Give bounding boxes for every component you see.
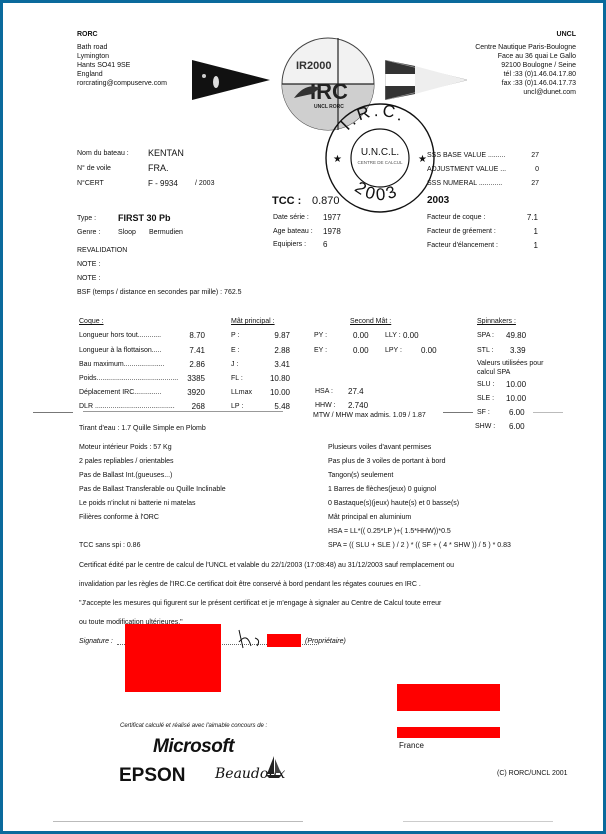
spa-note-1: Valeurs utilisées pour bbox=[477, 360, 543, 367]
mast-row-label: LLmax bbox=[231, 389, 252, 396]
rorc-email: rorcrating@compuserve.com bbox=[77, 79, 167, 88]
coque-row-value: 8.70 bbox=[189, 331, 205, 340]
stl-value: 3.39 bbox=[510, 346, 526, 355]
lpy-label: LPY : bbox=[385, 347, 402, 354]
sailboat-icon bbox=[265, 755, 283, 779]
genre-style: Bermudien bbox=[149, 229, 183, 236]
genre-rig: Sloop bbox=[118, 229, 136, 236]
sss-numeral-label: SSS NUMERAL ............ bbox=[427, 180, 502, 187]
hhw-label: HHW : bbox=[315, 402, 336, 409]
mast-row-label: P : bbox=[231, 332, 239, 339]
sail-number-label: N° de voile bbox=[77, 165, 111, 172]
coque-row-label: Bau maximum..................... bbox=[79, 361, 165, 368]
certificate-page: RORC Bath road Lymington Hants SO41 9SE … bbox=[3, 3, 603, 831]
sponsors-intro: Certificat calculé et réalisé avec l'aim… bbox=[120, 723, 267, 729]
coque-row-value: 268 bbox=[192, 402, 205, 411]
mast-row-value: 10.00 bbox=[270, 388, 290, 397]
stl-label: STL : bbox=[477, 347, 493, 354]
ey-value: 0.00 bbox=[353, 346, 369, 355]
factor-elancement: 1 bbox=[534, 241, 538, 250]
uncl-email: uncl@dunet.com bbox=[475, 88, 576, 97]
age-label: Age bateau : bbox=[273, 228, 313, 235]
spa-note-2: calcul SPA bbox=[477, 369, 510, 376]
note-line: Plusieurs voiles d'avant permises bbox=[328, 444, 431, 451]
uncl-phone: tél :33 (0)1.46.04.17.80 bbox=[475, 70, 576, 79]
slu-value: 10.00 bbox=[506, 380, 526, 389]
uncl-title: UNCL bbox=[557, 31, 576, 38]
note-line: Moteur intérieur Poids : 57 Kg bbox=[79, 444, 172, 451]
hsa-formula: HSA = LL*(( 0.25*LP )+( 1.5*HHW))*0.5 bbox=[328, 528, 451, 535]
adjustment-label: ADJUSTMENT VALUE ... bbox=[427, 166, 506, 173]
microsoft-logo: Microsoft bbox=[153, 736, 234, 758]
coque-title: Coque : bbox=[79, 318, 104, 325]
boat-name: KENTAN bbox=[148, 148, 184, 158]
uncl-fax: fax :33 (0)1.46.04.17.73 bbox=[475, 79, 576, 88]
type-label: Type : bbox=[77, 215, 96, 222]
cert-text-2: invalidation par les règles de l'IRC.Ce … bbox=[79, 581, 421, 588]
factor-greement: 1 bbox=[534, 227, 538, 236]
rorc-pennant-icon bbox=[192, 60, 270, 100]
sail-number: FRA. bbox=[148, 163, 169, 173]
py-value: 0.00 bbox=[353, 331, 369, 340]
sle-label: SLE : bbox=[477, 395, 494, 402]
redacted-block bbox=[397, 727, 500, 738]
sss-base-label: SSS BASE VALUE ......... bbox=[427, 152, 505, 159]
uncl-address-line: 92100 Boulogne / Seine bbox=[475, 61, 576, 70]
lly-label: LLY : bbox=[385, 332, 401, 339]
cert-year: / 2003 bbox=[195, 180, 214, 187]
hhw-value: 2.740 bbox=[348, 401, 368, 410]
hsa-label: HSA : bbox=[315, 388, 333, 395]
separator-line bbox=[53, 821, 303, 822]
stamp-center-sub: CENTRE DE CALCUL bbox=[357, 160, 403, 165]
mast-row-label: J : bbox=[231, 361, 238, 368]
signature-scribble-icon bbox=[235, 628, 265, 650]
cert-text-1: Certificat édité par le centre de calcul… bbox=[79, 562, 454, 569]
spinnakers-title: Spinnakers : bbox=[477, 318, 516, 325]
date-serie-label: Date série : bbox=[273, 214, 309, 221]
uncl-pennant-icon bbox=[385, 60, 467, 100]
ey-label: EY : bbox=[314, 347, 327, 354]
svg-text:IRC: IRC bbox=[310, 79, 348, 104]
note-line: Filières conforme à l'ORC bbox=[79, 514, 159, 521]
revalidation: REVALIDATION bbox=[77, 247, 127, 254]
mast-row-value: 2.88 bbox=[274, 346, 290, 355]
mtw-mhw: MTW / MHW max admis. 1.09 / 1.87 bbox=[313, 412, 426, 419]
coque-row-label: Longueur à la flottaison..... bbox=[79, 347, 162, 354]
boat-type: FIRST 30 Pb bbox=[118, 213, 171, 223]
shw-label: SHW : bbox=[475, 423, 495, 430]
uncl-address-line: Centre Nautique Paris-Boulogne bbox=[475, 43, 576, 52]
uncl-address: Centre Nautique Paris-Boulogne Face au 3… bbox=[475, 43, 576, 97]
coque-row-value: 2.86 bbox=[189, 360, 205, 369]
factor-elancement-label: Facteur d'élancement : bbox=[427, 242, 498, 249]
note-line: 0 Bastaque(s)(jeux) haute(s) et 0 basse(… bbox=[328, 500, 459, 507]
tcc-sans-spi: TCC sans spi : 0.86 bbox=[79, 542, 140, 549]
separator-line bbox=[533, 412, 563, 413]
mast-row-label: E : bbox=[231, 347, 240, 354]
copyright: (C) RORC/UNCL 2001 bbox=[497, 770, 568, 777]
svg-text:IR2000: IR2000 bbox=[296, 60, 331, 72]
sf-value: 6.00 bbox=[509, 408, 525, 417]
adjustment-value: 0 bbox=[535, 166, 539, 173]
crew-value: 6 bbox=[323, 240, 327, 249]
sss-year: 2003 bbox=[427, 195, 449, 206]
sss-numeral-value: 27 bbox=[531, 180, 539, 187]
boat-name-label: Nom du bateau : bbox=[77, 150, 129, 157]
note-line: 1 Barres de flèches(jeux) 0 guignol bbox=[328, 486, 436, 493]
separator-line bbox=[403, 821, 553, 822]
cert-number-label: N°CERT bbox=[77, 180, 104, 187]
coque-row-value: 7.41 bbox=[189, 346, 205, 355]
note-1: NOTE : bbox=[77, 261, 100, 268]
note-line: Pas de Ballast Transferable ou Quille In… bbox=[79, 486, 226, 493]
second-mast-title: Second Mât : bbox=[350, 318, 391, 325]
country: France bbox=[399, 741, 424, 750]
rorc-address-line: Lymington bbox=[77, 52, 167, 61]
redacted-signature bbox=[125, 624, 221, 692]
cert-text-3: "J'accepte les mesures qui figurent sur … bbox=[79, 600, 441, 607]
owner-label: (Propriétaire) bbox=[305, 638, 346, 645]
spa-formula: SPA = (( SLU + SLE ) / 2 ) * (( SF + ( 4… bbox=[328, 542, 511, 549]
shw-value: 6.00 bbox=[509, 422, 525, 431]
factor-greement-label: Facteur de gréement : bbox=[427, 228, 496, 235]
spa-label: SPA : bbox=[477, 332, 494, 339]
mast-row-value: 10.80 bbox=[270, 374, 290, 383]
note-line: 2 pales repliables / orientables bbox=[79, 458, 174, 465]
signature-label: Signature : bbox=[79, 638, 113, 645]
hsa-value: 27.4 bbox=[348, 387, 364, 396]
mast-row-value: 3.41 bbox=[274, 360, 290, 369]
rorc-address: Bath road Lymington Hants SO41 9SE Engla… bbox=[77, 43, 167, 88]
sss-base-value: 27 bbox=[531, 152, 539, 159]
factor-coque-label: Facteur de coque : bbox=[427, 214, 485, 221]
bsf: BSF (temps / distance en secondes par mi… bbox=[77, 289, 242, 296]
redacted-owner-name bbox=[267, 634, 301, 647]
coque-row-label: Déplacement IRC.............. bbox=[79, 389, 161, 396]
separator-line bbox=[33, 412, 73, 413]
mast-row-label: FL : bbox=[231, 375, 243, 382]
note-line: Mât principal en aluminium bbox=[328, 514, 411, 521]
coque-row-value: 3920 bbox=[187, 388, 205, 397]
lpy-value: 0.00 bbox=[421, 346, 437, 355]
lly-value: 0.00 bbox=[403, 331, 419, 340]
spa-value: 49.80 bbox=[506, 331, 526, 340]
factor-coque: 7.1 bbox=[527, 213, 538, 222]
rorc-address-line: England bbox=[77, 70, 167, 79]
note-line: Pas de Ballast Int.(gueuses...) bbox=[79, 472, 172, 479]
cert-number: F - 9934 bbox=[148, 179, 178, 188]
redacted-block bbox=[397, 684, 500, 711]
stamp-center-text: U.N.C.L. bbox=[361, 147, 399, 158]
main-mast-title: Mât principal : bbox=[231, 318, 275, 325]
note-line: Tangon(s) seulement bbox=[328, 472, 393, 479]
crew-label: Equipiers : bbox=[273, 241, 306, 248]
coque-row-label: Longueur hors tout............ bbox=[79, 332, 161, 339]
coque-row-label: Poids...................................… bbox=[79, 375, 178, 382]
epson-logo: EPSON bbox=[119, 765, 186, 787]
tcc-label: TCC : bbox=[272, 195, 301, 207]
mast-row-value: 9.87 bbox=[274, 331, 290, 340]
tcc-value: 0.870 bbox=[312, 195, 340, 207]
rorc-title: RORC bbox=[77, 31, 98, 38]
py-label: PY : bbox=[314, 332, 327, 339]
rorc-address-line: Bath road bbox=[77, 43, 167, 52]
svg-text:★: ★ bbox=[333, 154, 342, 165]
note-line: Le poids n'inclut ni batterie ni matelas bbox=[79, 500, 196, 507]
mast-row-label: LP : bbox=[231, 403, 243, 410]
uncl-stamp-icon: I.R.C. 2003 U.N.C.L. CENTRE DE CALCUL ★ … bbox=[324, 102, 436, 214]
separator-line bbox=[443, 412, 473, 413]
age-value: 1978 bbox=[323, 227, 341, 236]
sle-value: 10.00 bbox=[506, 394, 526, 403]
mast-row-value: 5.48 bbox=[274, 402, 290, 411]
separator-line bbox=[83, 411, 283, 412]
coque-row-value: 3385 bbox=[187, 374, 205, 383]
coque-row-label: DLR ....................................… bbox=[79, 403, 175, 410]
note-line: Pas plus de 3 voiles de portant à bord bbox=[328, 458, 446, 465]
slu-label: SLU : bbox=[477, 381, 495, 388]
draft-keel: Tirant d'eau : 1.7 Quille Simple en Plom… bbox=[79, 425, 206, 432]
rorc-address-line: Hants SO41 9SE bbox=[77, 61, 167, 70]
date-serie: 1977 bbox=[323, 213, 341, 222]
note-2: NOTE : bbox=[77, 275, 100, 282]
genre-label: Genre : bbox=[77, 229, 100, 236]
sf-label: SF : bbox=[477, 409, 490, 416]
uncl-address-line: Face au 36 quai Le Gallo bbox=[475, 52, 576, 61]
svg-text:★: ★ bbox=[418, 154, 427, 165]
